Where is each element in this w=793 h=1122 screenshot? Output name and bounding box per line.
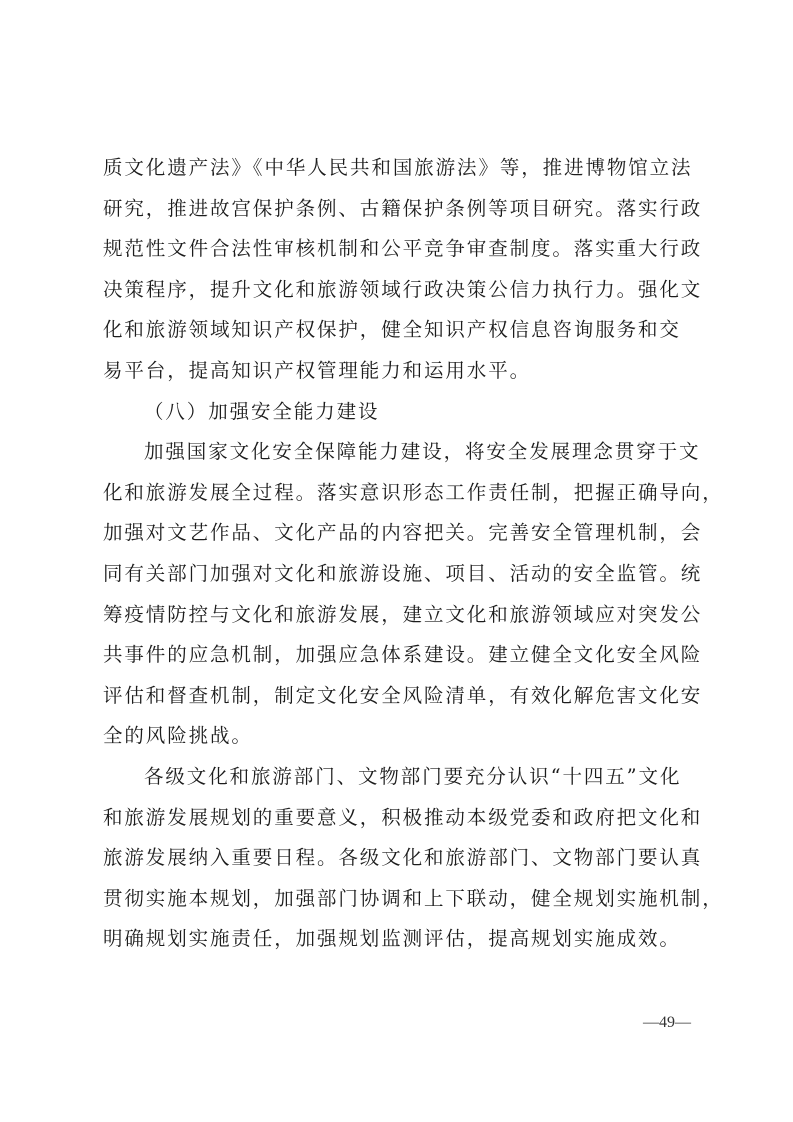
text-line: 筹疫情防控与文化和旅游发展，建立文化和旅游领域应对突发公 <box>103 595 693 636</box>
document-body: 质文化遗产法》《中华人民共和国旅游法》等，推进博物馆立法 研究，推进故宫保护条例… <box>103 148 693 960</box>
continued-paragraph: 质文化遗产法》《中华人民共和国旅游法》等，推进博物馆立法 研究，推进故宫保护条例… <box>103 148 693 392</box>
text-line: 同有关部门加强对文化和旅游设施、项目、活动的安全监管。统 <box>103 554 693 595</box>
text-line: 化和旅游领域知识产权保护，健全知识产权信息咨询服务和交 <box>103 310 693 351</box>
page-number: —49— <box>643 1014 691 1032</box>
text-line: 各级文化和旅游部门、文物部门要充分认识“十四五”文化 <box>103 757 693 798</box>
text-line: 质文化遗产法》《中华人民共和国旅游法》等，推进博物馆立法 <box>103 148 693 189</box>
text-line: 和旅游发展规划的重要意义，积极推动本级党委和政府把文化和 <box>103 798 693 839</box>
text-line: 旅游发展纳入重要日程。各级文化和旅游部门、文物部门要认真 <box>103 838 693 879</box>
text-line: 研究，推进故宫保护条例、古籍保护条例等项目研究。落实行政 <box>103 189 693 230</box>
text-line: 加强国家文化安全保障能力建设，将安全发展理念贯穿于文 <box>103 432 693 473</box>
section-heading: （八）加强安全能力建设 <box>103 392 693 433</box>
text-line: 评估和督查机制，制定文化安全风险清单，有效化解危害文化安 <box>103 676 693 717</box>
text-line: 决策程序，提升文化和旅游领域行政决策公信力执行力。强化文 <box>103 270 693 311</box>
closing-paragraph: 各级文化和旅游部门、文物部门要充分认识“十四五”文化 和旅游发展规划的重要意义，… <box>103 757 693 960</box>
document-page: 质文化遗产法》《中华人民共和国旅游法》等，推进博物馆立法 研究，推进故宫保护条例… <box>0 0 793 1122</box>
text-line: 明确规划实施责任，加强规划监测评估，提高规划实施成效。 <box>103 919 693 960</box>
text-line: 全的风险挑战。 <box>103 716 693 757</box>
safety-paragraph: 加强国家文化安全保障能力建设，将安全发展理念贯穿于文 化和旅游发展全过程。落实意… <box>103 432 693 757</box>
text-line: 加强对文艺作品、文化产品的内容把关。完善安全管理机制，会 <box>103 513 693 554</box>
text-line: 化和旅游发展全过程。落实意识形态工作责任制，把握正确导向， <box>103 473 693 514</box>
text-line: 易平台，提高知识产权管理能力和运用水平。 <box>103 351 693 392</box>
text-line: 贯彻实施本规划，加强部门协调和上下联动，健全规划实施机制， <box>103 879 693 920</box>
text-line: 规范性文件合法性审核机制和公平竞争审查制度。落实重大行政 <box>103 229 693 270</box>
text-line: 共事件的应急机制，加强应急体系建设。建立健全文化安全风险 <box>103 635 693 676</box>
